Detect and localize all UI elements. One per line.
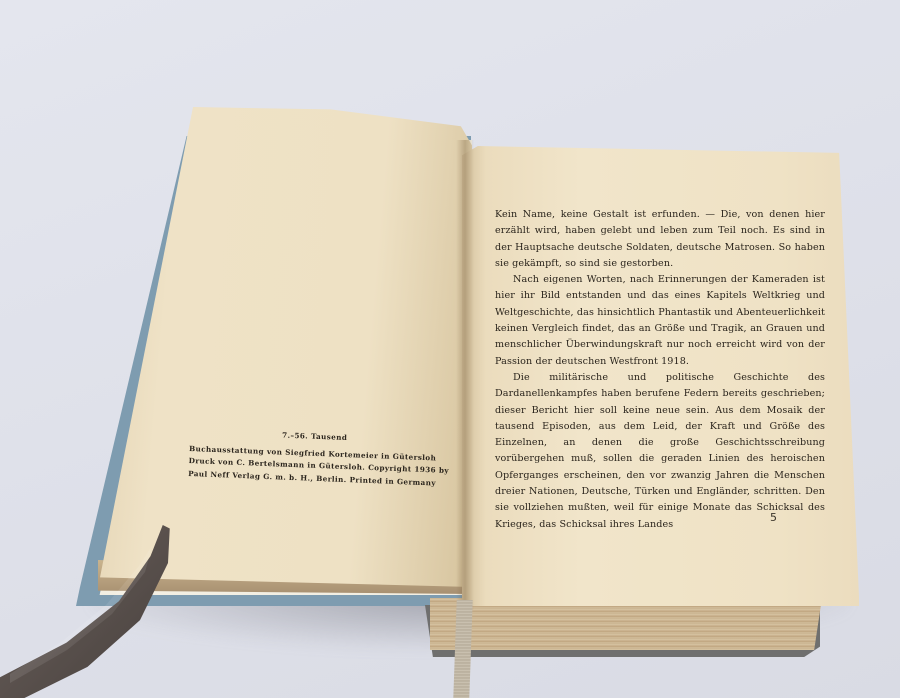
paragraph: Nach eigenen Worten, nach Erinnerungen d…	[495, 272, 825, 370]
paragraph: Die militärische und politische Geschich…	[495, 370, 825, 533]
ribbon-bookmark	[453, 600, 472, 698]
paragraph: Kein Name, keine Gestalt ist erfunden. —…	[495, 207, 825, 272]
page-number: 5	[770, 511, 777, 524]
book-gutter	[456, 140, 474, 610]
colophon: 7.–56. Tausend Buchausstattung von Siegf…	[188, 426, 460, 490]
left-page	[100, 107, 472, 587]
right-page-text: Kein Name, keine Gestalt ist erfunden. —…	[495, 207, 825, 533]
